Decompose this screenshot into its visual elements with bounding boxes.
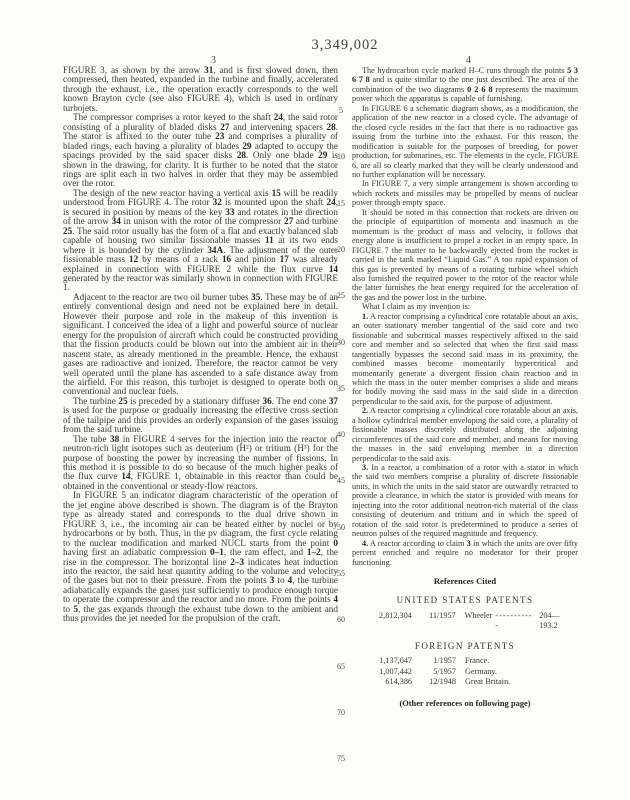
us-patents-heading: UNITED STATES PATENTS (352, 596, 578, 605)
reference-num: 2,812,304 (352, 611, 412, 632)
line-number: 65 (333, 662, 349, 671)
paragraph: The compressor comprises a rotor keyed t… (63, 113, 338, 189)
right-column: The hydrocarbon cycle marked H–C runs th… (352, 66, 578, 708)
reference-date: 5/1957 (412, 667, 456, 678)
paragraph: 2. A reactor comprising a cylindrical co… (352, 406, 578, 463)
foreign-patents-heading: FOREIGN PATENTS (352, 642, 578, 651)
reference-date: 1/1957 (412, 656, 456, 667)
reference-name: Great Britain. (465, 677, 510, 688)
reference-cls: 204—193.2 (539, 611, 578, 632)
reference-name: Germany. (465, 667, 497, 678)
paragraph: Adjacent to the reactor are two oil burn… (63, 293, 338, 397)
column-number-right: 4 (466, 55, 471, 66)
right-column-text: The hydrocarbon cycle marked H–C runs th… (352, 66, 578, 567)
paragraph: FIGURE 3, as shown by the arrow 31, and … (63, 66, 338, 113)
us-patent-rows: 2,812,30411/1957Wheeler-----------204—19… (352, 611, 578, 632)
line-number: 70 (333, 708, 349, 717)
paragraph: 3. In a reactor, a combination of a roto… (352, 463, 578, 539)
left-column: FIGURE 3, as shown by the arrow 31, and … (63, 66, 338, 624)
reference-row: 614,38612/1948Great Britain. (352, 677, 578, 688)
foreign-patent-rows: 1,137,0471/1957France.1,007,4425/1957Ger… (352, 656, 578, 688)
paragraph: In FIGURE 6 a schematic diagram shows, a… (352, 104, 578, 180)
paragraph: The hydrocarbon cycle marked H–C runs th… (352, 66, 578, 104)
reference-row: 1,137,0471/1957France. (352, 656, 578, 667)
paragraph: The turbine 25 is preceded by a stationa… (63, 397, 338, 435)
other-references-note: (Other references on following page) (352, 699, 578, 708)
reference-name: Wheeler (465, 611, 493, 632)
reference-row: 1,007,4425/1957Germany. (352, 667, 578, 678)
paragraph: In FIGURE 5 an indicator diagram charact… (63, 491, 338, 623)
reference-num: 614,386 (352, 677, 412, 688)
reference-date: 11/1957 (412, 611, 456, 632)
paragraph: The tube 38 in FIGURE 4 serves for the i… (63, 435, 338, 492)
paragraph: 4. A reactor according to claim 3 in whi… (352, 539, 578, 567)
paragraph: The design of the new reactor having a v… (63, 189, 338, 293)
reference-name: France. (465, 656, 489, 667)
paragraph: It should be noted in this connection th… (352, 208, 578, 303)
references-section: References Cited UNITED STATES PATENTS 2… (352, 577, 578, 708)
references-cited-heading: References Cited (352, 577, 578, 586)
line-number: 75 (333, 754, 349, 763)
paragraph: What I claim as my invention is: (352, 302, 578, 311)
reference-num: 1,007,442 (352, 667, 412, 678)
reference-row: 2,812,30411/1957Wheeler-----------204—19… (352, 611, 578, 632)
reference-leader: ----------- (495, 611, 536, 632)
paragraph: 1. A reactor comprising a cylindrical co… (352, 312, 578, 407)
reference-num: 1,137,047 (352, 656, 412, 667)
patent-page: 3,349,002 3 4 51015202530354045505560657… (0, 0, 630, 800)
reference-date: 12/1948 (412, 677, 456, 688)
paragraph: In FIGURE 7, a very simple arrangement i… (352, 179, 578, 207)
